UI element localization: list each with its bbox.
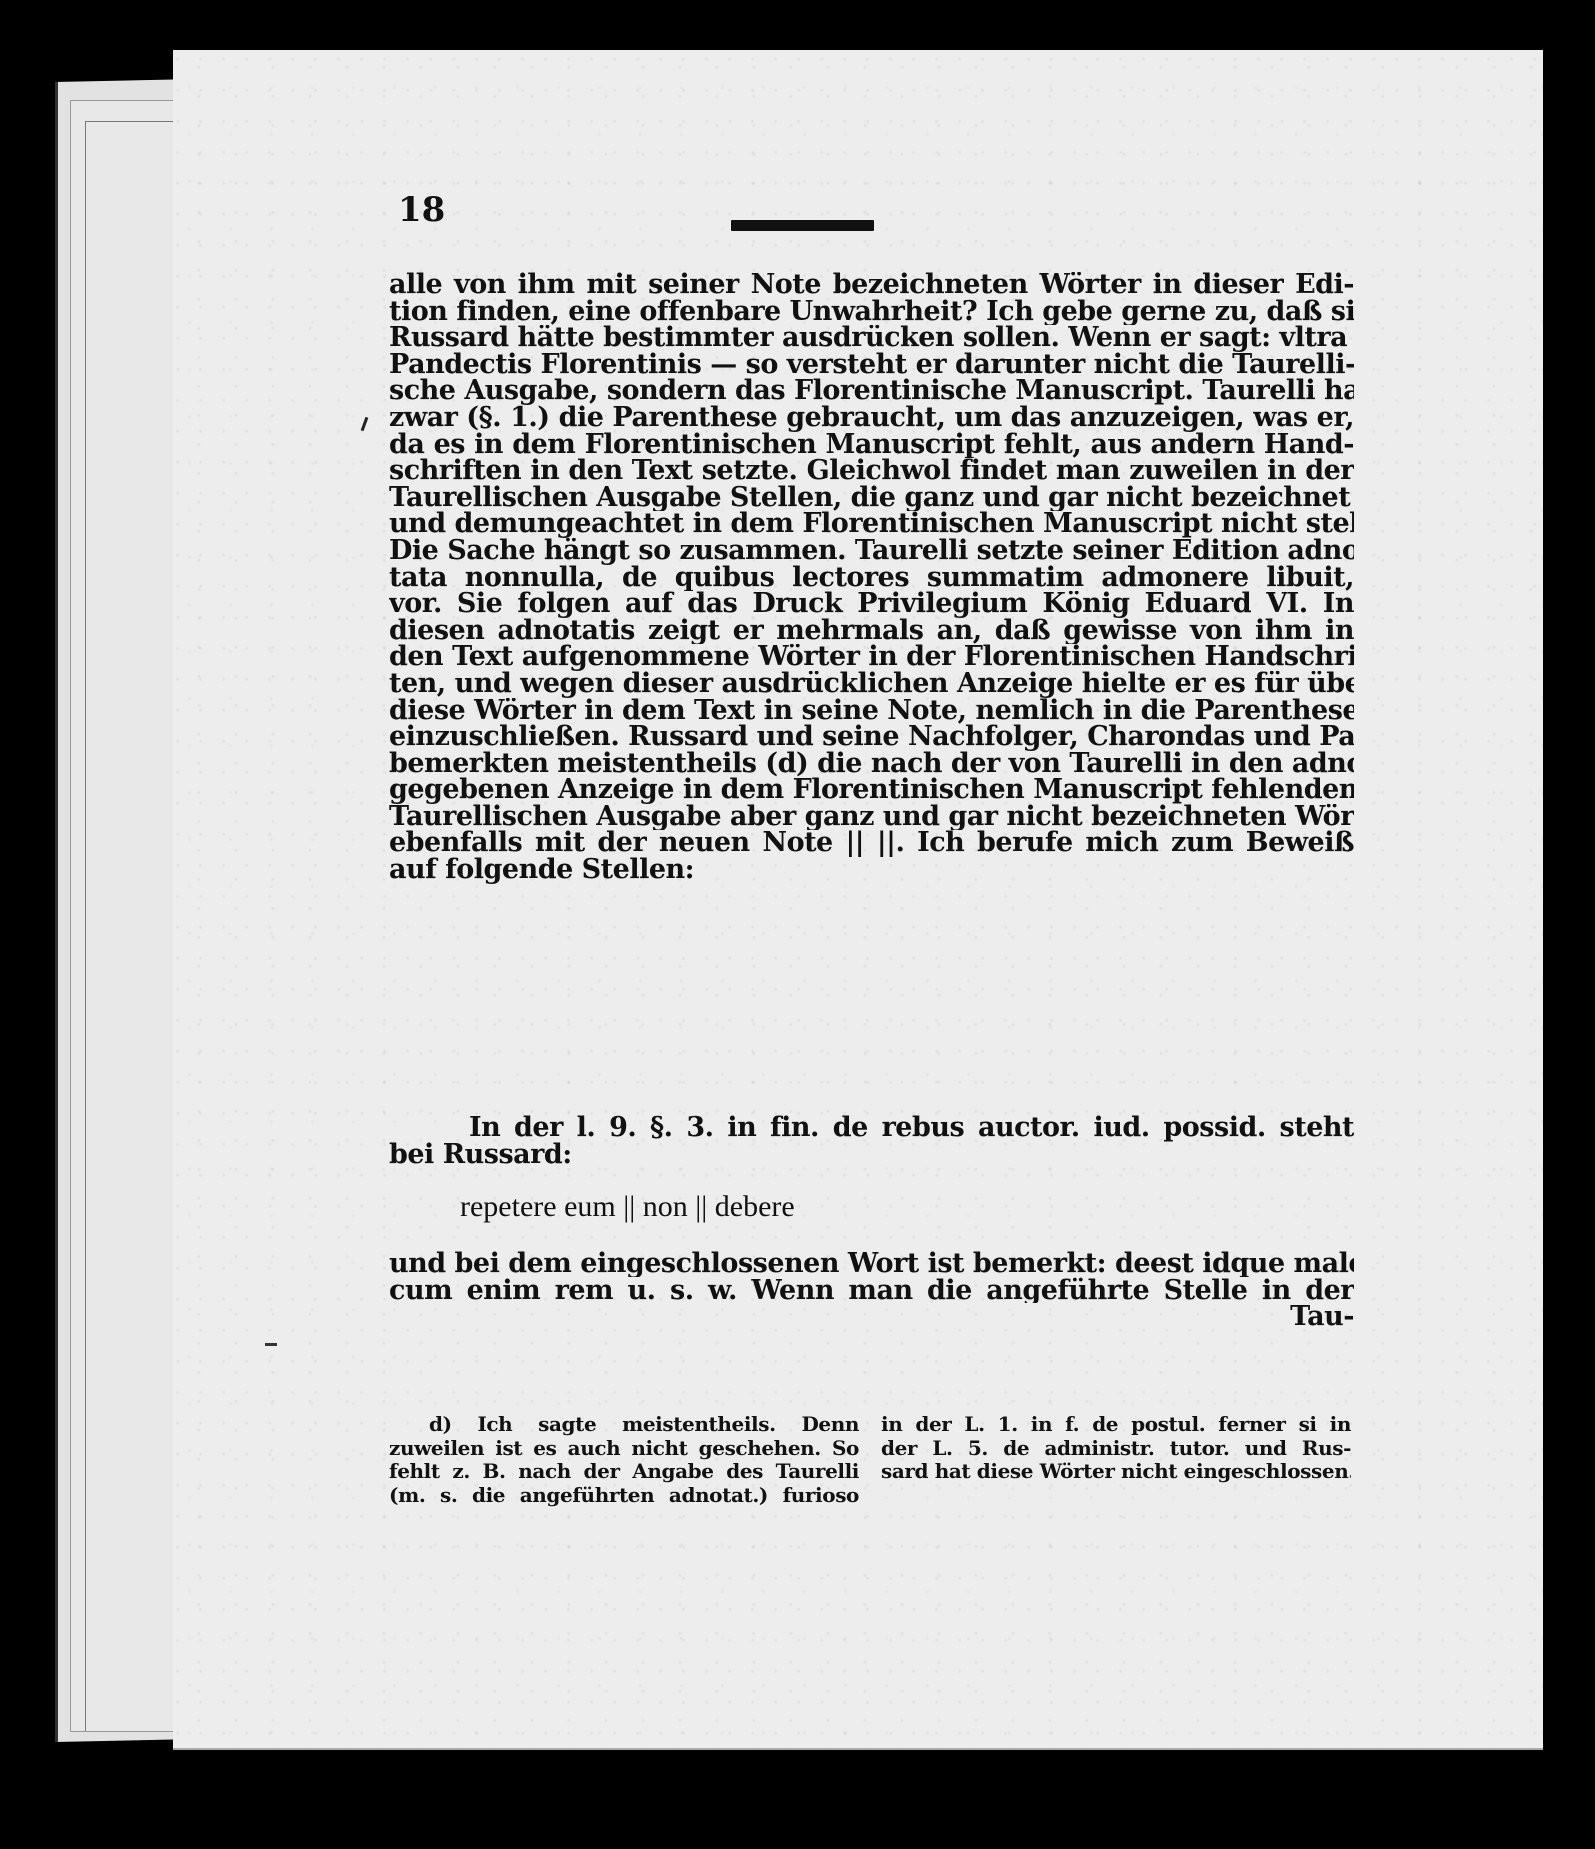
text-line: zwar (§. 1.) die Parenthese gebraucht, u…: [389, 405, 1354, 432]
text-line: vor. Sie folgen auf das Druck Privilegiu…: [389, 591, 1354, 618]
text-line: diese Wörter in dem Text in seine Note, …: [389, 698, 1354, 725]
text-line: tata nonnulla, de quibus lectores summat…: [389, 565, 1354, 592]
text-line: Die Sache hängt so zusammen. Taurelli se…: [389, 538, 1354, 565]
footnote-column-right: in der L. 1. in f. de postul. ferner si …: [881, 1413, 1351, 1507]
footnote-line: in der L. 1. in f. de postul. ferner si …: [881, 1413, 1351, 1437]
text-line: ebenfalls mit der neuen Note || ||. Ich …: [389, 830, 1354, 857]
text-line: und bei dem eingeschlossenen Wort ist be…: [389, 1250, 1354, 1277]
footnote-line: fehlt z. B. nach der Angabe des Taurelli: [389, 1460, 859, 1484]
footnote-line: d) Ich sagte meistentheils. Denn: [389, 1413, 859, 1437]
footnote-line: (m. s. die angeführten adnotat.) furioso: [389, 1484, 859, 1508]
text-line: bei Russard:: [389, 1142, 1354, 1169]
margin-dash: [265, 1343, 277, 1346]
text-line: und demungeachtet in dem Florentinischen…: [389, 511, 1354, 538]
page-number: 18: [398, 190, 445, 230]
footnote-column-left: d) Ich sagte meistentheils. Denn zuweile…: [389, 1413, 859, 1507]
text-line: In der l. 9. §. 3. in fin. de rebus auct…: [389, 1115, 1354, 1142]
main-paragraph: alle von ihm mit seiner Note bezeichnete…: [389, 272, 1354, 884]
text-line: da es in dem Florentinischen Manuscript …: [389, 432, 1354, 459]
quoted-passage: repetere eum || non || debere: [460, 1190, 795, 1224]
footnotes: d) Ich sagte meistentheils. Denn zuweile…: [389, 1413, 1354, 1507]
text-line: alle von ihm mit seiner Note bezeichnete…: [389, 272, 1354, 299]
text-line: bemerkten meistentheils (d) die nach der…: [389, 751, 1354, 778]
header-rule: [731, 220, 874, 231]
text-line: einzuschließen. Russard und seine Nachfo…: [389, 724, 1354, 751]
text-line: ten, und wegen dieser ausdrücklichen Anz…: [389, 671, 1354, 698]
page-header: 18: [398, 190, 1198, 230]
text-line: gegebenen Anzeige in dem Florentinischen…: [389, 777, 1354, 804]
text-line: Russard hätte bestimmter ausdrücken soll…: [389, 325, 1354, 352]
text-line: diesen adnotatis zeigt er mehrmals an, d…: [389, 618, 1354, 645]
text-line: auf folgende Stellen:: [389, 857, 1354, 884]
text-line: Taurellischen Ausgabe Stellen, die ganz …: [389, 485, 1354, 512]
text-line: tion finden, eine offenbare Unwahrheit? …: [389, 299, 1354, 326]
citation-paragraph: In der l. 9. §. 3. in fin. de rebus auct…: [389, 1115, 1354, 1168]
text-line: Taurellischen Ausgabe aber ganz und gar …: [389, 804, 1354, 831]
text-line: sche Ausgabe, sondern das Florentinische…: [389, 378, 1354, 405]
commentary-paragraph: und bei dem eingeschlossenen Wort ist be…: [389, 1250, 1354, 1330]
catchword: Tau-: [389, 1303, 1354, 1330]
footnote-line: sard hat diese Wörter nicht eingeschloss…: [881, 1460, 1351, 1484]
footnote-line: zuweilen ist es auch nicht geschehen. So: [389, 1437, 859, 1461]
footnote-line: der L. 5. de administr. tutor. und Rus-: [881, 1437, 1351, 1461]
text-line: Pandectis Florentinis — so versteht er d…: [389, 352, 1354, 379]
text-line: schriften in den Text setzte. Gleichwol …: [389, 458, 1354, 485]
text-line: den Text aufgenommene Wörter in der Flor…: [389, 644, 1354, 671]
text-line: cum enim rem u. s. w. Wenn man die angef…: [389, 1277, 1354, 1304]
